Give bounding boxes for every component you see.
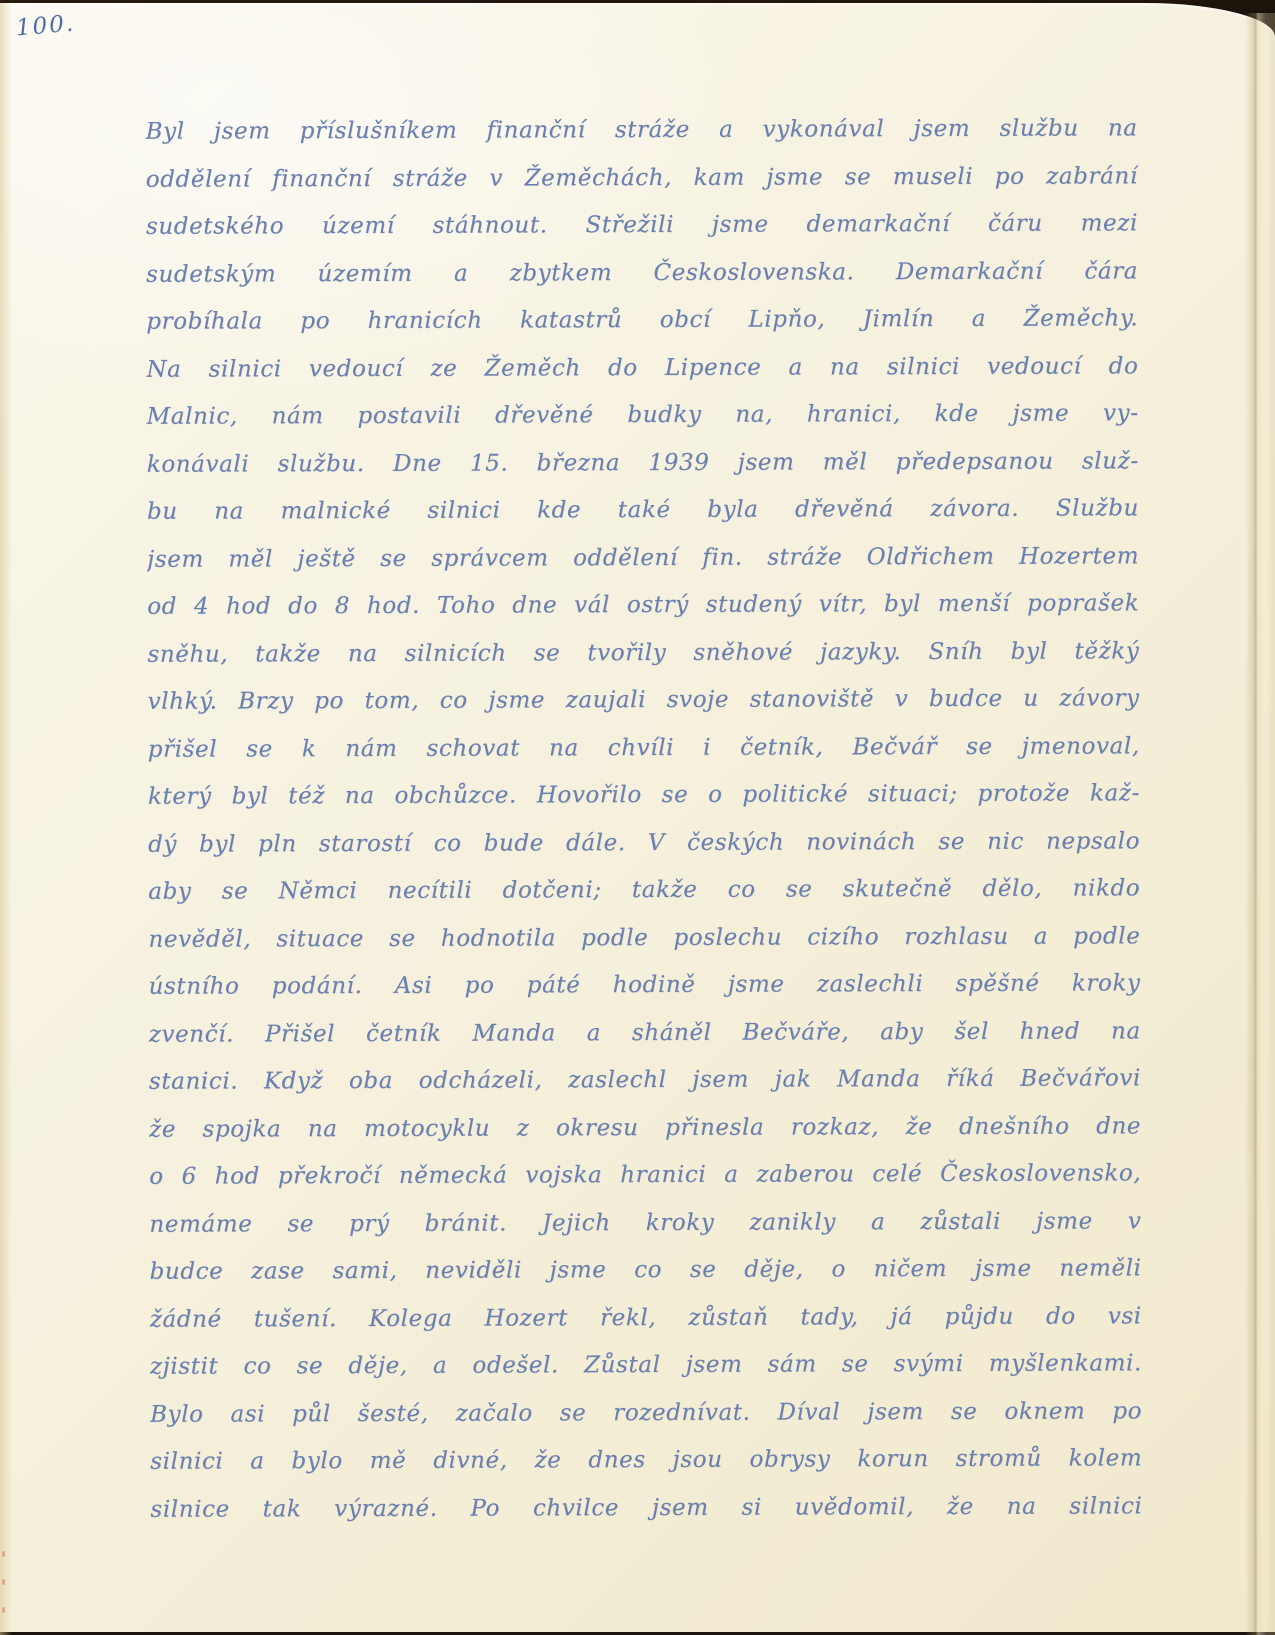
handwritten-line: budce zase sami, neviděli jsme co se děj…: [149, 1245, 1141, 1296]
page-number: 100.: [15, 10, 76, 41]
handwritten-line: silnici a bylo mě divné, že dnes jsou ob…: [150, 1435, 1142, 1486]
handwritten-line: silnice tak výrazné. Po chvilce jsem si …: [150, 1483, 1142, 1534]
handwritten-line: dý byl pln starostí co bude dále. V česk…: [148, 818, 1140, 869]
page-edge-fold: [1245, 13, 1275, 1632]
notebook-page: 100. Byl jsem příslušníkem finanční strá…: [0, 3, 1275, 1632]
handwritten-line: který byl též na obchůzce. Hovořilo se o…: [148, 770, 1140, 821]
handwritten-line: Malnic, nám postavili dřevěné budky na, …: [147, 390, 1139, 441]
handwritten-line: nevěděl, situace se hodnotila podle posl…: [148, 913, 1140, 964]
paper-edge-mark: [2, 1607, 5, 1613]
handwritten-line: sudetského území stáhnout. Střežili jsme…: [146, 200, 1138, 251]
handwritten-line: Na silnici vedoucí ze Žeměch do Lipence …: [146, 343, 1138, 394]
handwritten-line: jsem měl ještě se správcem oddělení fin.…: [147, 533, 1139, 584]
handwritten-line: oddělení finanční stráže v Žeměchách, ka…: [146, 153, 1138, 204]
handwritten-line: stanici. Když oba odcházeli, zaslechl js…: [149, 1055, 1141, 1106]
handwritten-line: vlhký. Brzy po tom, co jsme zaujali svoj…: [148, 675, 1140, 726]
handwritten-line: konávali službu. Dne 15. března 1939 jse…: [147, 438, 1139, 489]
handwritten-line: nemáme se prý bránit. Jejich kroky zanik…: [149, 1198, 1141, 1249]
handwritten-line: Bylo asi půl šesté, začalo se rozednívat…: [150, 1388, 1142, 1439]
handwritten-line: že spojka na motocyklu z okresu přinesla…: [149, 1103, 1141, 1154]
handwritten-line: aby se Němci necítili dotčeni; takže co …: [148, 865, 1140, 916]
handwritten-line: Byl jsem příslušníkem finanční stráže a …: [146, 105, 1138, 156]
handwritten-line: přišel se k nám schovat na chvíli i četn…: [148, 723, 1140, 774]
handwritten-line: bu na malnické silnici kde také byla dře…: [147, 485, 1139, 536]
handwritten-line: žádné tušení. Kolega Hozert řekl, zůstaň…: [150, 1293, 1142, 1344]
paper-left-edge: [0, 3, 12, 1632]
handwritten-line: zvenčí. Přišel četník Manda a sháněl Beč…: [149, 1008, 1141, 1059]
paper-edge-mark: [2, 1551, 5, 1557]
handwritten-line: sudetským územím a zbytkem Československ…: [146, 248, 1138, 299]
handwritten-line: o 6 hod překročí německá vojska hranici …: [149, 1150, 1141, 1201]
handwritten-line: sněhu, takže na silnicích se tvořily sně…: [147, 628, 1139, 679]
handwritten-text-block: Byl jsem příslušníkem finanční stráže a …: [146, 105, 1143, 1533]
handwritten-line: probíhala po hranicích katastrů obcí Lip…: [146, 295, 1138, 346]
handwritten-line: ústního podání. Asi po páté hodině jsme …: [149, 960, 1141, 1011]
paper-edge-mark: [2, 1579, 5, 1585]
handwritten-line: zjistit co se děje, a odešel. Zůstal jse…: [150, 1340, 1142, 1391]
handwritten-line: od 4 hod do 8 hod. Toho dne vál ostrý st…: [147, 580, 1139, 631]
